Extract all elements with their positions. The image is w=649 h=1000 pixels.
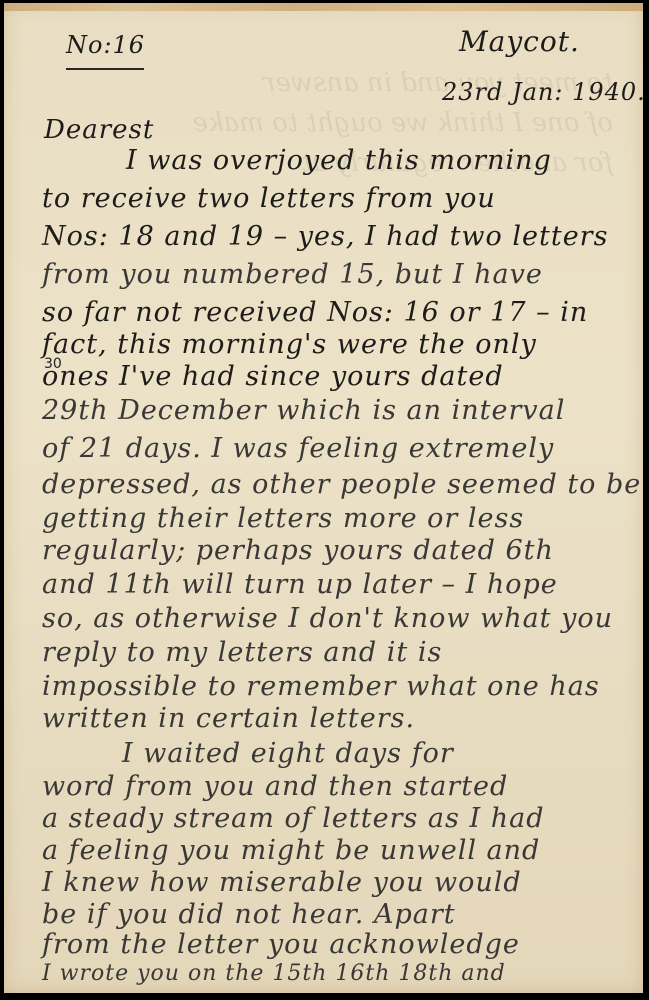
letter-place: Maycot. xyxy=(459,25,580,58)
letter-number: No:16 xyxy=(66,31,145,59)
body-line: ones I've had since yours dated xyxy=(42,361,504,392)
body-line: getting their letters more or less xyxy=(42,503,524,534)
body-line: I knew how miserable you would xyxy=(42,867,522,898)
body-line: and 11th will turn up later – I hope xyxy=(42,569,558,600)
body-line: Nos: 18 and 19 – yes, I had two letters xyxy=(42,221,608,252)
body-line: reply to my letters and it is xyxy=(42,637,442,668)
body-line: a steady stream of letters as I had xyxy=(42,803,544,834)
body-line: fact, this morning's were the only xyxy=(42,329,537,360)
salutation: Dearest xyxy=(44,115,154,145)
body-line: written in certain letters. xyxy=(42,703,415,734)
letter-number-underline xyxy=(66,68,144,70)
body-line: regularly; perhaps yours dated 6th xyxy=(42,535,554,566)
body-line: so, as otherwise I don't know what you xyxy=(42,603,613,634)
date-correction-note: 30 xyxy=(44,356,62,372)
body-line: 29th December which is an interval xyxy=(42,395,565,426)
body-line: from you numbered 15, but I have xyxy=(42,259,543,290)
body-line: I wrote you on the 15th 16th 18th and xyxy=(42,961,506,986)
body-line: from the letter you acknowledge xyxy=(42,929,520,960)
body-line: word from you and then started xyxy=(42,771,508,802)
body-line: impossible to remember what one has xyxy=(42,671,600,702)
body-line: to receive two letters from you xyxy=(42,183,496,214)
body-line: a feeling you might be unwell and xyxy=(42,835,540,866)
body-line: I was overjoyed this morning xyxy=(126,145,552,176)
body-line: of 21 days. I was feeling extremely xyxy=(42,433,554,464)
body-line: so far not received Nos: 16 or 17 – in xyxy=(42,297,588,328)
body-line: be if you did not hear. Apart xyxy=(42,899,456,930)
body-line: depressed, as other people seemed to be xyxy=(42,469,641,500)
letter-date: 23rd Jan: 1940. xyxy=(442,78,646,106)
letter-page: to meet you and in answer of one I think… xyxy=(4,3,643,993)
body-line: I waited eight days for xyxy=(122,738,454,769)
